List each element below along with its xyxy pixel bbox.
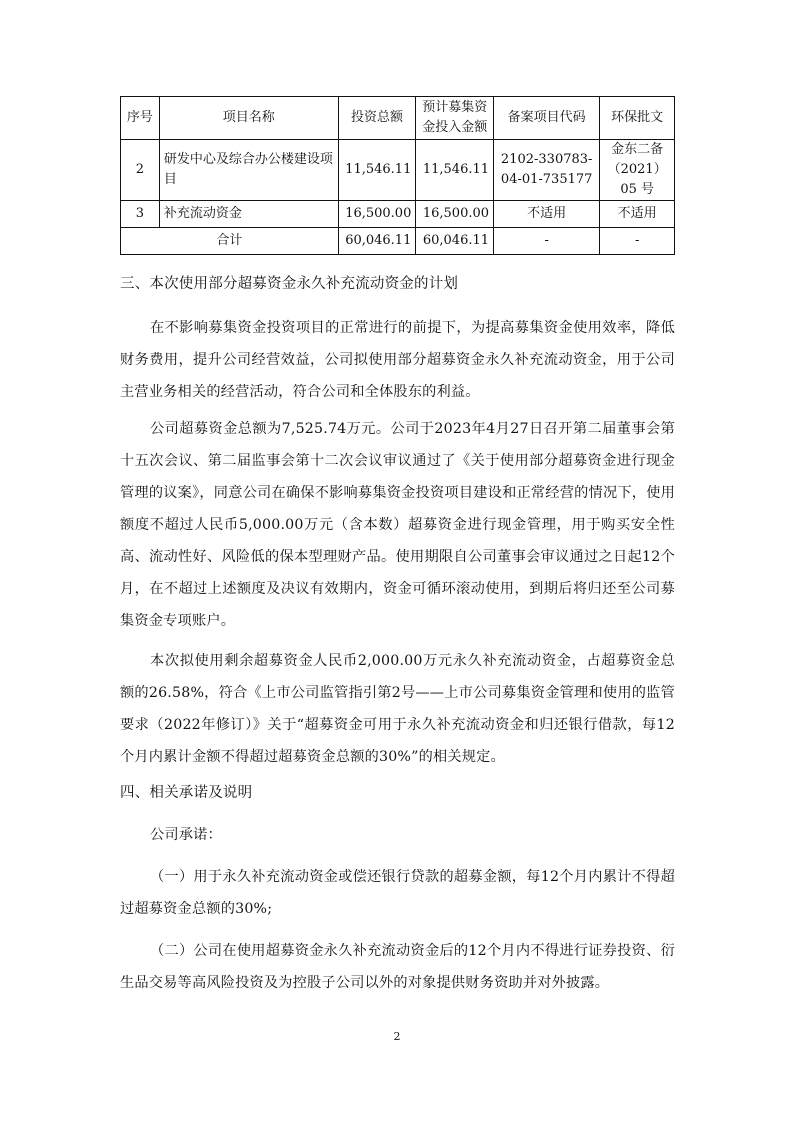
table-header-row: 序号 项目名称 投资总额 预计募集资金投入金额 备案项目代码 环保批文: [121, 97, 675, 140]
cell-planned: 11,546.11: [416, 140, 494, 201]
commitment-item-1: （一）用于永久补充流动资金或偿还银行贷款的超募金额，每12个月内累计不得超过超募…: [120, 861, 675, 925]
total-planned: 60,046.11: [416, 228, 494, 255]
header-total-investment: 投资总额: [338, 97, 416, 140]
cell-code: 不适用: [494, 201, 600, 228]
cell-code: 2102-330783-04-01-735177: [494, 140, 600, 201]
cell-total: 11,546.11: [338, 140, 416, 201]
section3-heading: 三、本次使用部分超募资金永久补充流动资金的计划: [120, 268, 675, 300]
section3-paragraph-3: 本次拟使用剩余超募资金人民币2,000.00万元永久补充流动资金，占超募资金总额…: [120, 645, 675, 773]
cell-no: 3: [121, 201, 160, 228]
total-investment: 60,046.11: [338, 228, 416, 255]
table-total-row: 合计 60,046.11 60,046.11 - -: [121, 228, 675, 255]
cell-no: 2: [121, 140, 160, 201]
table-row: 3 补充流动资金 16,500.00 16,500.00 不适用 不适用: [121, 201, 675, 228]
section4-heading: 四、相关承诺及说明: [120, 777, 675, 809]
header-project-name: 项目名称: [159, 97, 338, 140]
section3-paragraph-2: 公司超募资金总额为7,525.74万元。公司于2023年4月27日召开第二届董事…: [120, 413, 675, 637]
total-label: 合计: [121, 228, 339, 255]
cell-project-name: 补充流动资金: [159, 201, 338, 228]
document-page: 序号 项目名称 投资总额 预计募集资金投入金额 备案项目代码 环保批文 2 研发…: [0, 0, 794, 1123]
section4-intro: 公司承诺：: [120, 819, 675, 851]
commitment-item-2: （二）公司在使用超募资金永久补充流动资金后的12个月内不得进行证券投资、衍生品交…: [120, 935, 675, 999]
header-filing-code: 备案项目代码: [494, 97, 600, 140]
header-planned-funds: 预计募集资金投入金额: [416, 97, 494, 140]
cell-env: 不适用: [600, 201, 675, 228]
cell-total: 16,500.00: [338, 201, 416, 228]
cell-planned: 16,500.00: [416, 201, 494, 228]
total-env: -: [600, 228, 675, 255]
section3-paragraph-1: 在不影响募集资金投资项目的正常进行的前提下，为提高募集资金使用效率，降低财务费用…: [120, 312, 675, 408]
cell-project-name: 研发中心及综合办公楼建设项目: [159, 140, 338, 201]
total-code: -: [494, 228, 600, 255]
header-env-approval: 环保批文: [600, 97, 675, 140]
table-row: 2 研发中心及综合办公楼建设项目 11,546.11 11,546.11 210…: [121, 140, 675, 201]
fund-usage-table: 序号 项目名称 投资总额 预计募集资金投入金额 备案项目代码 环保批文 2 研发…: [120, 96, 675, 255]
header-no: 序号: [121, 97, 160, 140]
page-number: 2: [0, 1030, 794, 1043]
cell-env: 金东二备（2021）05 号: [600, 140, 675, 201]
